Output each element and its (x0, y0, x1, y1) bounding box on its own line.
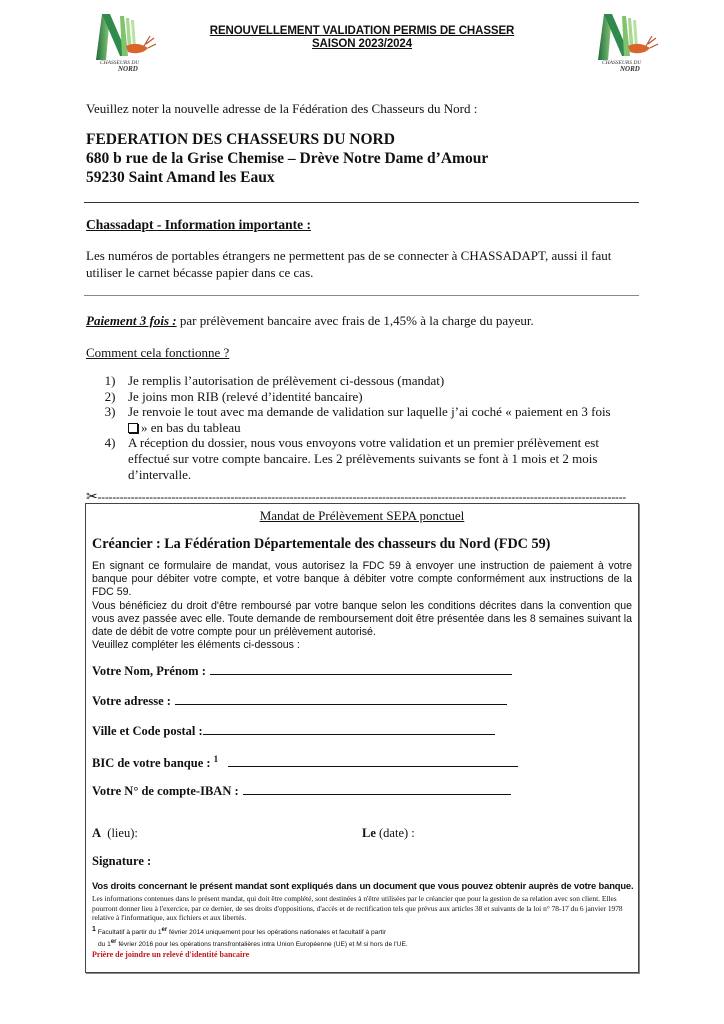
step-3-continuation: » en bas du tableau (141, 420, 241, 435)
footnote: 1 Facultatif à partir du 1er février 201… (92, 926, 634, 949)
step-1: Je remplis l’autorisation de prélèvement… (122, 373, 624, 389)
address-intro: Veuillez noter la nouvelle adresse de la… (86, 101, 477, 117)
federation-address: FEDERATION DES CHASSEURS DU NORD 680 b r… (86, 130, 488, 187)
footnote-text: Facultatif à partir du 1 (98, 929, 162, 936)
field-bic: BIC de votre banque : 1 (92, 754, 518, 771)
bic-input[interactable] (228, 765, 518, 767)
name-input[interactable] (210, 673, 512, 675)
mandate-title: Mandat de Prélèvement SEPA ponctuel (86, 508, 638, 524)
cut-dashes: ----------------------------------------… (97, 490, 626, 503)
terms-para-2: Vous bénéficiez du droit d'être rembours… (92, 600, 632, 640)
payment-text: par prélèvement bancaire avec frais de 1… (177, 313, 534, 328)
chassadapt-heading: Chassadapt - Information importante : (86, 217, 311, 233)
address-line-1: FEDERATION DES CHASSEURS DU NORD (86, 130, 488, 149)
iban-input[interactable] (243, 793, 511, 795)
field-iban-label: Votre N° de compte-IBAN : (92, 784, 239, 798)
bic-footnote-ref: 1 (214, 754, 219, 764)
address-line-2: 680 b rue de la Grise Chemise – Drève No… (86, 149, 488, 168)
address-input[interactable] (175, 703, 507, 705)
divider (84, 202, 639, 203)
address-line-3: 59230 Saint Amand les Eaux (86, 168, 488, 187)
footnote-text: février 2014 uniquement pour les opérati… (167, 929, 386, 936)
steps-list: Je remplis l’autorisation de prélèvement… (84, 373, 624, 482)
field-iban: Votre N° de compte-IBAN : (92, 784, 511, 799)
rights-notice: Vos droits concernant le présent mandat … (92, 880, 637, 891)
field-name: Votre Nom, Prénom : (92, 664, 512, 679)
footnote-text: du 1 (98, 941, 111, 948)
mandate-terms: En signant ce formulaire de mandat, vous… (92, 560, 632, 652)
title-line-2: SAISON 2023/2024 (0, 38, 724, 51)
field-address-label: Votre adresse : (92, 694, 171, 708)
field-date: Le (date) : (362, 826, 415, 841)
chassadapt-body: Les numéros de portables étrangers ne pe… (86, 247, 641, 281)
date-prefix: Le (362, 826, 376, 840)
footnote-text: février 2016 pour les opérations transfr… (117, 941, 408, 948)
terms-para-3: Veuillez compléter les éléments ci-desso… (92, 639, 632, 652)
scissors-icon: ✂ (86, 490, 97, 503)
rib-notice: Prière de joindre un relevé d'identité b… (92, 950, 249, 959)
place-prefix: A (92, 826, 101, 840)
document-title: RENOUVELLEMENT VALIDATION PERMIS DE CHAS… (0, 25, 724, 51)
field-city: Ville et Code postal : (92, 724, 495, 739)
field-city-label: Ville et Code postal : (92, 724, 203, 738)
step-3-text: Je renvoie le tout avec ma demande de va… (128, 404, 611, 419)
footnote-mark: 1 (92, 926, 96, 933)
payment-label: Paiement 3 fois : (86, 313, 177, 328)
cut-line: ✂---------------------------------------… (86, 490, 638, 503)
city-postal-input[interactable] (203, 733, 495, 735)
legal-notice: Les informations contenues dans le prése… (92, 894, 634, 923)
field-bic-label: BIC de votre banque : (92, 756, 211, 770)
svg-text:NORD: NORD (619, 65, 640, 73)
field-address: Votre adresse : (92, 694, 507, 709)
terms-para-1: En signant ce formulaire de mandat, vous… (92, 560, 632, 600)
payment-info: Paiement 3 fois : par prélèvement bancai… (86, 313, 646, 329)
title-line-1: RENOUVELLEMENT VALIDATION PERMIS DE CHAS… (0, 25, 724, 38)
svg-text:NORD: NORD (117, 65, 138, 73)
step-2: Je joins mon RIB (relevé d’identité banc… (122, 389, 624, 405)
date-label[interactable]: (date) : (379, 826, 415, 840)
step-3: Je renvoie le tout avec ma demande de va… (122, 404, 624, 435)
field-name-label: Votre Nom, Prénom : (92, 664, 206, 678)
sepa-mandate-form: Mandat de Prélèvement SEPA ponctuel Créa… (85, 503, 639, 973)
field-place: A (lieu): (92, 826, 138, 841)
creditor-heading: Créancier : La Fédération Départementale… (92, 536, 550, 553)
how-it-works-heading: Comment cela fonctionne ? (86, 345, 229, 361)
signature-field[interactable]: Signature : (92, 854, 151, 869)
divider (84, 295, 639, 296)
checkbox-icon (128, 423, 138, 433)
step-4: A réception du dossier, nous vous envoyo… (122, 435, 624, 482)
place-label[interactable]: (lieu): (107, 826, 138, 840)
